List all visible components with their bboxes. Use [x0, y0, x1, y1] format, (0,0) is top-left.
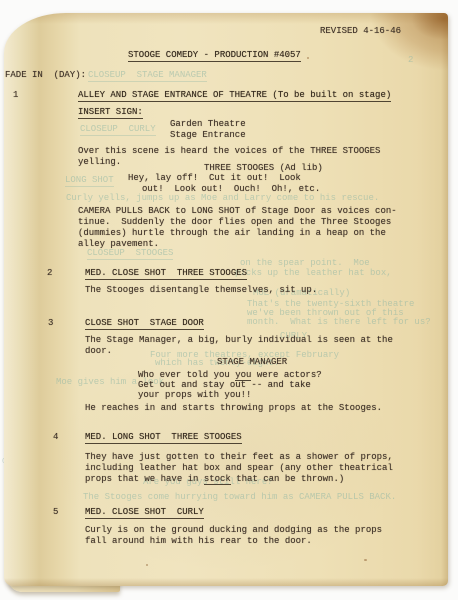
scene-heading: MED. LONG SHOT THREE STOOGES: [85, 432, 242, 444]
paper-speck: [146, 564, 148, 566]
paper-speck: [307, 57, 309, 59]
character-cue: THREE STOOGES (Ad lib): [204, 163, 323, 173]
action-line: yelling.: [78, 157, 121, 167]
action-line: (dummies) hurtle through the air landing…: [78, 228, 386, 238]
ghost-scene-heading: LONG SHOT: [65, 175, 114, 187]
ghost-dialogue-line: month. What is there left for us?: [247, 317, 431, 327]
insert-sign-label: INSERT SIGN:: [78, 107, 143, 119]
scene-number: 3: [48, 318, 53, 328]
ghost-action-line: picks up the leather hat box,: [235, 268, 392, 278]
action-line: Curly is on the ground ducking and dodgi…: [85, 525, 382, 535]
sign-text-line: Garden Theatre: [170, 119, 246, 129]
scene-heading: MED. CLOSE SHOT CURLY: [85, 507, 204, 519]
action-line: door.: [85, 346, 112, 356]
ghost-action-line: The Stooges come hurrying toward him as …: [83, 492, 396, 502]
dialogue-text: were actors?: [251, 370, 321, 380]
action-line: tinue. Suddenly the door flies open and …: [78, 217, 391, 227]
dialogue-line: your props with you!!: [138, 390, 251, 400]
action-text: that can be thrown.): [231, 474, 344, 484]
scene-number: 2: [47, 268, 52, 278]
action-line: They have just gotten to their feet as a…: [85, 452, 393, 462]
scene-number: 4: [53, 432, 58, 442]
ghost-page-number: 2: [408, 55, 413, 65]
dialogue-line: Get out and stay out -- and take: [138, 380, 311, 390]
dialogue-line: Hey, lay off! Cut it out! Look: [128, 173, 301, 183]
action-line: He reaches in and starts throwing props …: [85, 403, 382, 413]
action-line: alley pavement.: [78, 239, 159, 249]
sign-text-line: Stage Entrance: [170, 130, 246, 140]
scene-number: 5: [53, 507, 58, 517]
action-line: fall around him with his rear to the doo…: [85, 536, 312, 546]
action-line: including leather hat box and spear (any…: [85, 463, 393, 473]
dialogue-line: Who ever told you you were actors?: [138, 370, 322, 380]
ghost-action-line: on the spear point. Moe: [240, 258, 370, 268]
action-line: props that we have in stock that can be …: [85, 474, 344, 484]
dialogue-text: Who ever told you: [138, 370, 235, 380]
character-cue: STAGE MANAGER: [217, 357, 287, 367]
action-line: CAMERA PULLS BACK to LONG SHOT of Stage …: [78, 206, 397, 216]
script-photograph: REVISEDAPRIL 2 CLOSEUP STAGE MANAGER CLO…: [0, 0, 458, 600]
action-text: props that we have in: [85, 474, 204, 484]
underlined-word: stock: [204, 474, 231, 485]
revision-note: REVISED 4-16-46: [320, 26, 401, 36]
dialogue-line: out! Look out! Ouch! Oh!, etc.: [142, 184, 320, 194]
ghost-scene-heading: CLOSEUP CURLY: [80, 124, 156, 136]
action-line: The Stage Manager, a big, burly individu…: [85, 335, 393, 345]
ghost-action-line: Curly yells, jumps up as Moe and Larry c…: [66, 193, 379, 203]
scene-heading: MED. CLOSE SHOT THREE STOOGES: [85, 268, 247, 280]
script-title: STOOGE COMEDY - PRODUCTION #4057: [128, 50, 301, 62]
scene-number: 1: [13, 90, 18, 100]
ghost-scene-heading: CLOSEUP STAGE MANAGER: [88, 70, 207, 82]
scene-heading: CLOSE SHOT STAGE DOOR: [85, 318, 204, 330]
action-line: The Stooges disentangle themselves, sit …: [85, 285, 317, 295]
script-page: 2 CLOSEUP STAGE MANAGER CLOSEUP CURLY LO…: [4, 13, 448, 586]
action-line: Over this scene is heard the voices of t…: [78, 146, 380, 156]
paper-speck: [364, 559, 367, 561]
fade-in-transition: FADE IN (DAY):: [5, 70, 86, 80]
ghost-scene-heading: CLOSEUP STOOGES: [87, 248, 173, 260]
scene-heading: ALLEY AND STAGE ENTRANCE OF THEATRE (To …: [78, 90, 391, 102]
